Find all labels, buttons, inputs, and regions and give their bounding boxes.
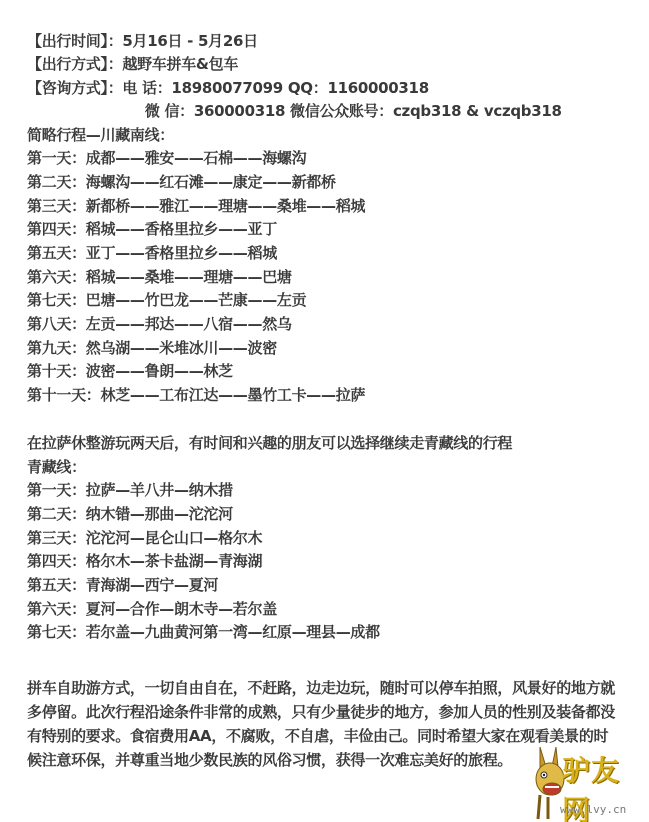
travel-time-label: 【出行时间】 xyxy=(27,32,108,50)
route1-day: 第十一天：林芝——工布江达——墨竹工卡——拉萨 xyxy=(27,384,365,406)
contact-wechat-row: 微 信：360000318 微信公众账号：czqb318 & vczqb318 xyxy=(27,100,562,122)
route2-day: 第一天：拉萨—羊八井—纳木措 xyxy=(27,479,233,501)
route2-day: 第二天：纳木错—那曲—沱沱河 xyxy=(27,503,233,525)
route2-day: 第四天：格尔木—茶卡盐湖—青海湖 xyxy=(27,550,262,572)
route1-day: 第八天：左贡——邦达——八宿——然乌 xyxy=(27,313,292,335)
watermark-logo: 驴友网 www.lvy.cn xyxy=(530,745,648,822)
route1-day: 第九天：然乌湖——米堆冰川——波密 xyxy=(27,337,277,359)
route2-day: 第五天：青海湖—西宁—夏河 xyxy=(27,574,218,596)
route2-day: 第七天：若尔盖—九曲黄河第一湾—红原—理县—成都 xyxy=(27,621,380,643)
route1-day: 第五天：亚丁——香格里拉乡——稻城 xyxy=(27,242,277,264)
contact-phone: ：电 话：18980077099 QQ：1160000318 xyxy=(108,79,429,97)
route1-day: 第三天：新都桥——雅江——理塘——桑堆——稻城 xyxy=(27,195,365,217)
route1-day: 第六天：稻城——桑堆——理塘——巴塘 xyxy=(27,266,292,288)
route1-day: 第十天：波密——鲁朗——林芝 xyxy=(27,360,233,382)
route1-day: 第四天：稻城——香格里拉乡——亚丁 xyxy=(27,218,277,240)
watermark-url: www.lvy.cn xyxy=(560,803,626,816)
route1-title: 简略行程—川藏南线： xyxy=(27,124,174,146)
travel-mode-label: 【出行方式】 xyxy=(27,55,108,73)
route2-intro: 在拉萨休整游玩两天后，有时间和兴趣的朋友可以选择继续走青藏线的行程 xyxy=(27,432,512,454)
route1-day: 第七天：巴塘——竹巴龙——芒康——左贡 xyxy=(27,289,306,311)
route2-day: 第六天：夏河—合作—朗木寺—若尔盖 xyxy=(27,598,277,620)
route1-day: 第一天：成都——雅安——石棉——海螺沟 xyxy=(27,147,306,169)
contact-wechat: 微 信：360000318 微信公众账号：czqb318 & vczqb318 xyxy=(145,102,562,120)
travel-mode-value: ：越野车拼车&包车 xyxy=(108,55,238,73)
route1-day: 第二天：海螺沟——红石滩——康定——新都桥 xyxy=(27,171,336,193)
travel-time-row: 【出行时间】：5月16日 - 5月26日 xyxy=(27,30,258,52)
route2-day: 第三天：沱沱河—昆仑山口—格尔木 xyxy=(27,527,262,549)
route2-title: 青藏线： xyxy=(27,456,86,478)
closing-paragraph: 拼车自助游方式，一切自由自在，不赶路，边走边玩，随时可以停车拍照，风景好的地方就… xyxy=(27,676,617,772)
travel-time-value: ：5月16日 - 5月26日 xyxy=(108,32,258,50)
contact-label: 【咨询方式】 xyxy=(27,79,108,97)
contact-row: 【咨询方式】：电 话：18980077099 QQ：1160000318 xyxy=(27,77,429,99)
travel-mode-row: 【出行方式】：越野车拼车&包车 xyxy=(27,53,238,75)
